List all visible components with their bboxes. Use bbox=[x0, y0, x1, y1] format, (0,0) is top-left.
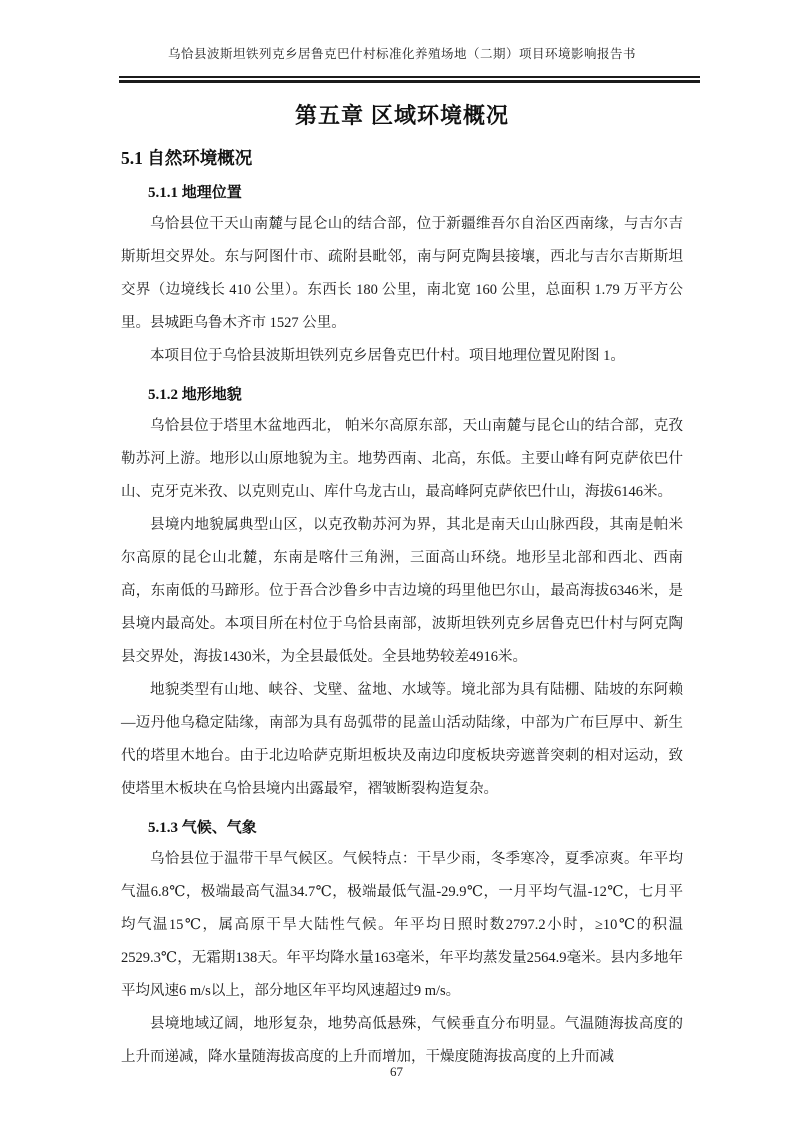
section-5-1-1-heading: 5.1.1 地理位置 bbox=[148, 182, 683, 205]
chapter-title: 第五章 区域环境概况 bbox=[121, 101, 683, 131]
paragraph-geography-1: 乌恰县位干天山南麓与昆仑山的结合部，位于新疆维吾尔自治区西南缘，与吉尔吉斯斯坦交… bbox=[121, 208, 683, 340]
document-page: 乌恰县波斯坦铁列克乡居鲁克巴什村标准化养殖场地（二期）项目环境影响报告书 第五章… bbox=[0, 0, 793, 1122]
section-5-1-2-heading: 5.1.2 地形地貌 bbox=[148, 384, 683, 407]
paragraph-climate-1: 乌恰县位于温带干旱气候区。气候特点：干旱少雨，冬季寒冷，夏季凉爽。年平均气温6.… bbox=[121, 843, 683, 1008]
paragraph-landform-1: 乌恰县位于塔里木盆地西北， 帕米尔高原东部，天山南麓与昆仑山的结合部，克孜勒苏河… bbox=[121, 410, 683, 509]
paragraph-landform-3: 地貌类型有山地、峡谷、戈壁、盆地、水域等。境北部为具有陆棚、陆坡的东阿赖—迈丹他… bbox=[121, 674, 683, 806]
running-header: 乌恰县波斯坦铁列克乡居鲁克巴什村标准化养殖场地（二期）项目环境影响报告书 bbox=[121, 46, 683, 62]
section-5-1-heading: 5.1 自然环境概况 bbox=[121, 145, 683, 171]
paragraph-geography-2: 本项目位于乌恰县波斯坦铁列克乡居鲁克巴什村。项目地理位置见附图 1。 bbox=[121, 340, 683, 373]
section-5-1-3-heading: 5.1.3 气候、气象 bbox=[148, 817, 683, 840]
page-number: 67 bbox=[0, 1064, 793, 1080]
paragraph-landform-2: 县境内地貌属典型山区，以克孜勒苏河为界，其北是南天山山脉西段，其南是帕米尔高原的… bbox=[121, 509, 683, 674]
header-rule bbox=[119, 76, 700, 83]
